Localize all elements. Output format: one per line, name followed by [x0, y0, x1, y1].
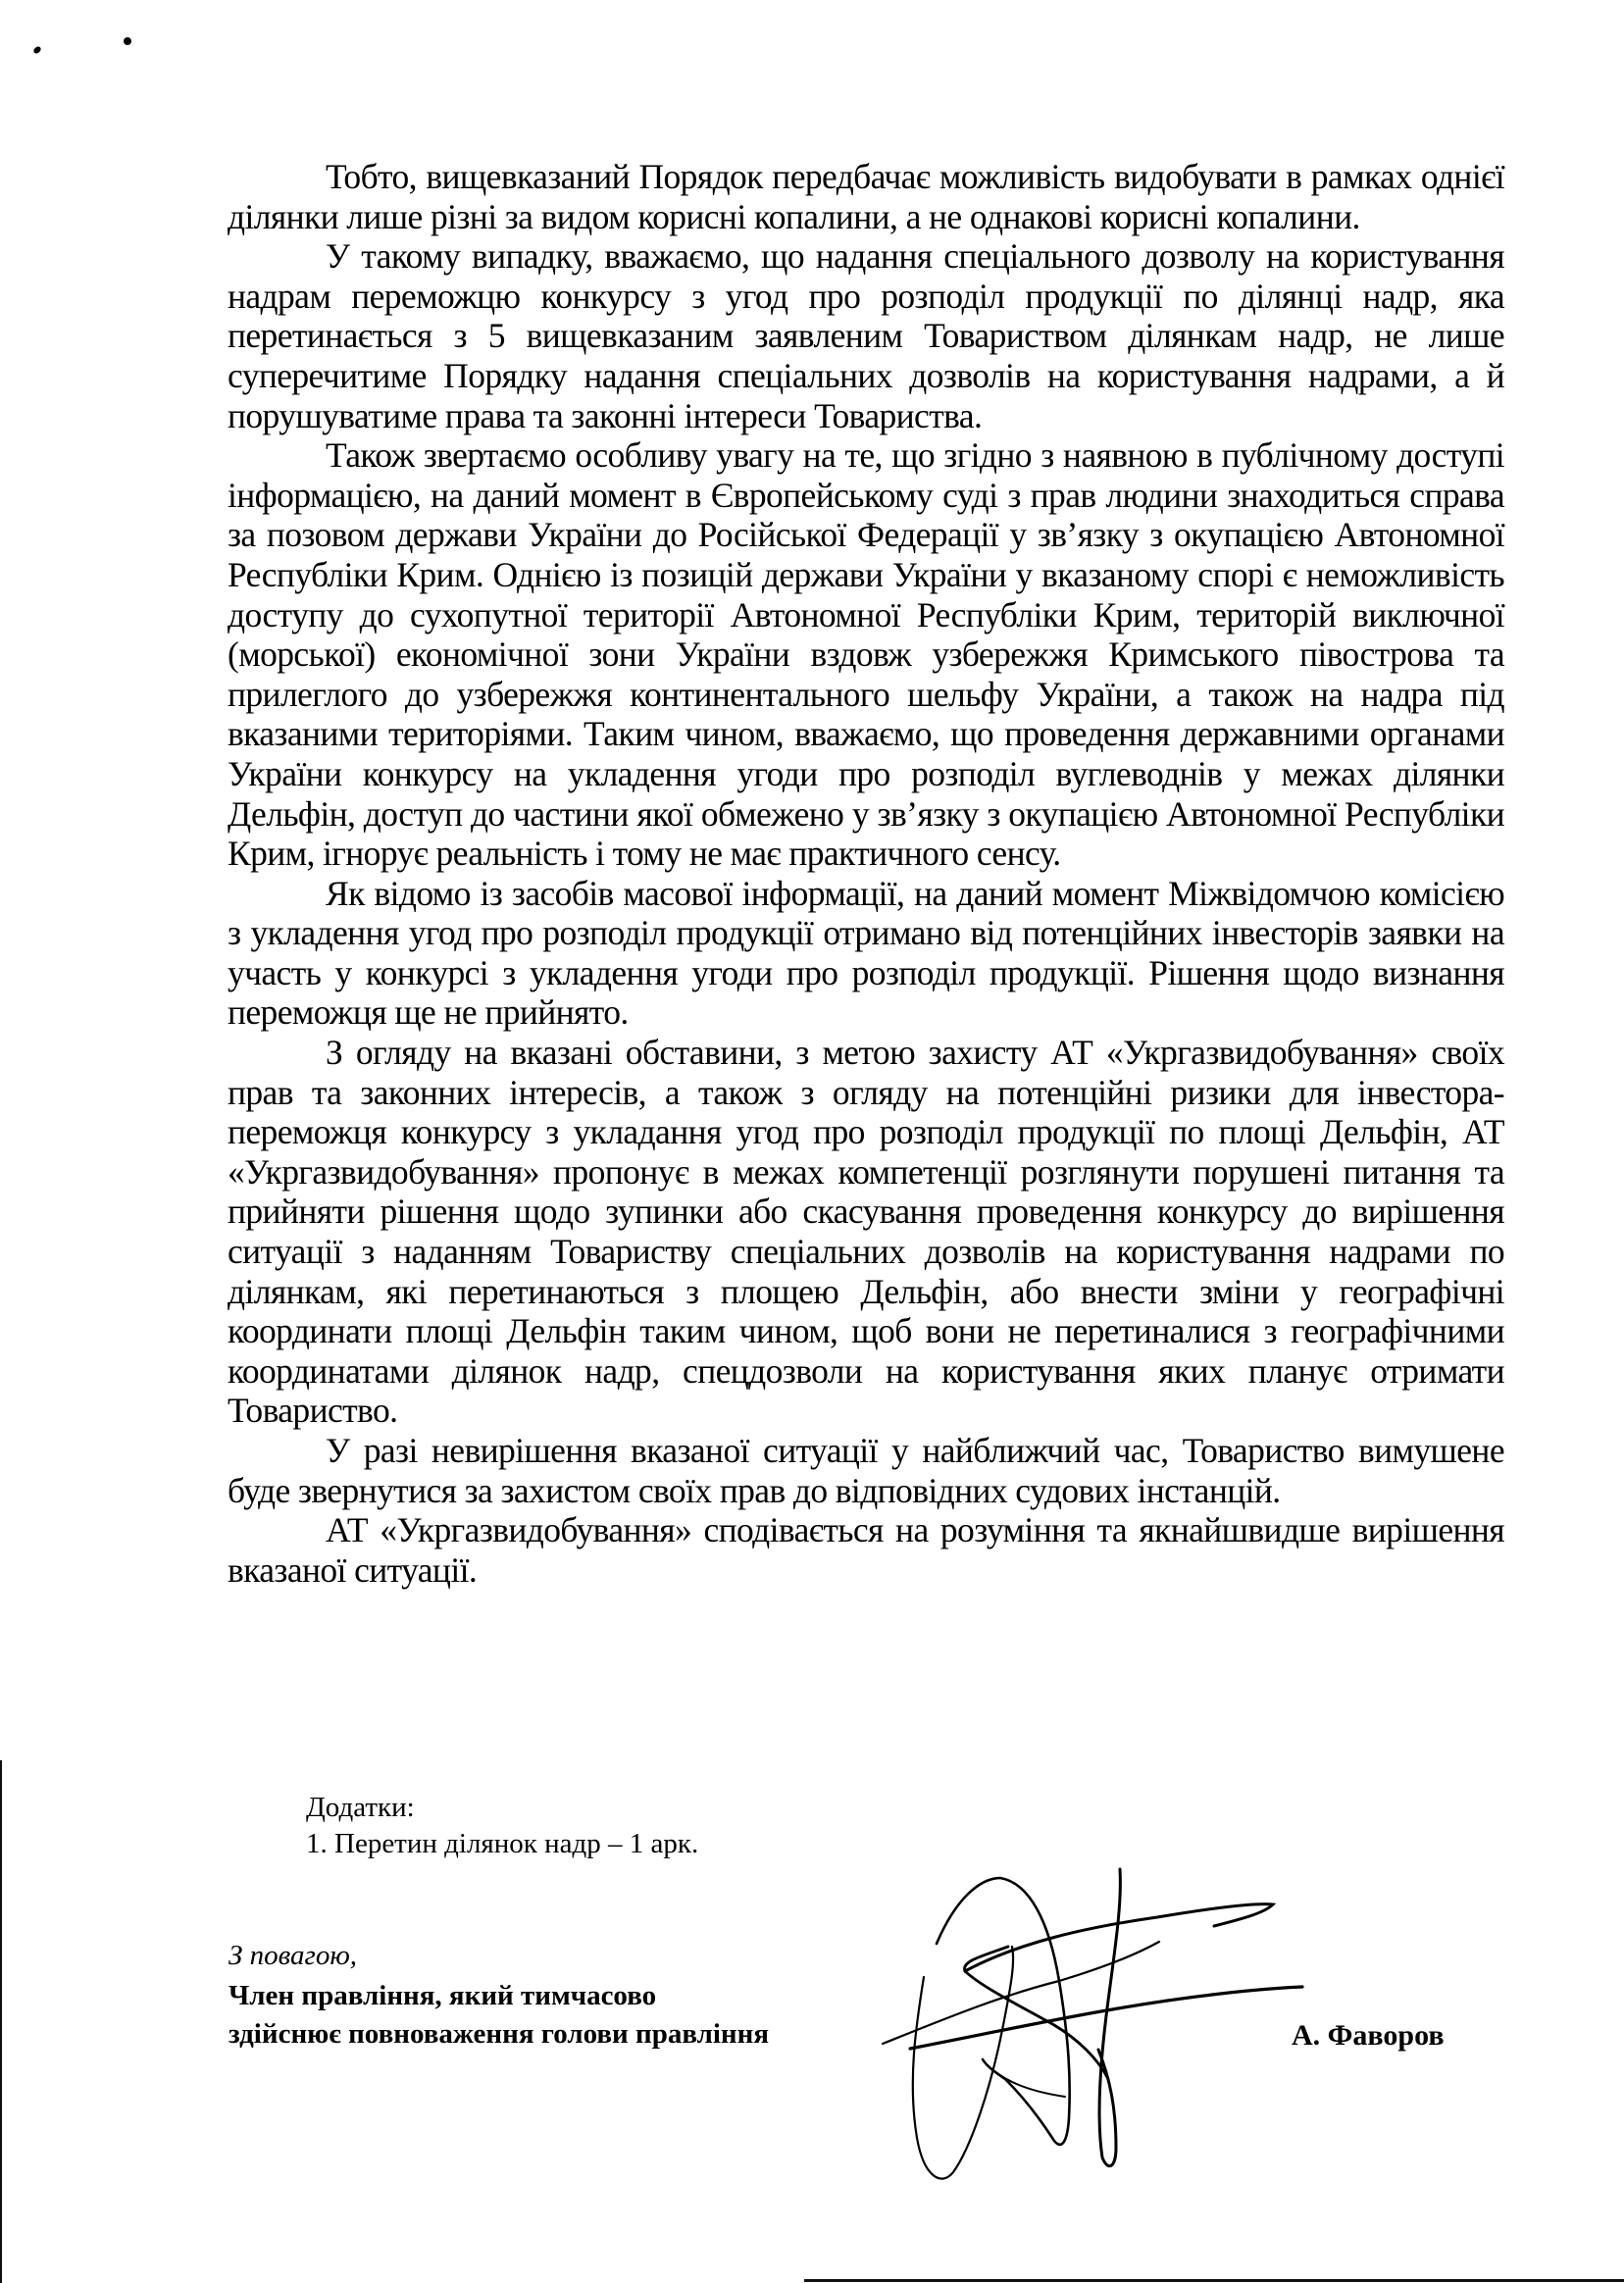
paragraph-permit-conflict: У такому випадку, вважаємо, що надання с… [228, 236, 1504, 435]
attachment-item: 1. Перетин ділянок надр – 1 арк. [306, 1826, 698, 1862]
signer-position-line2: здійснює повноваження голови правління [228, 2015, 769, 2054]
paragraph-legal-action: У разі невирішення вказаної ситуації у н… [228, 1431, 1504, 1510]
paragraph-minerals: Тобто, вищевказаний Порядок передбачає м… [228, 157, 1504, 236]
closing-block: З повагою, Член правління, який тимчасов… [228, 1937, 769, 2054]
closing-regards: З повагою, [228, 1937, 769, 1975]
scan-speck-mark [124, 37, 131, 45]
attachments-title: Додатки: [306, 1790, 698, 1826]
letter-body: Тобто, вищевказаний Порядок передбачає м… [228, 157, 1504, 1590]
paragraph-competition-status: Як відомо із засобів масової інформації,… [228, 874, 1504, 1033]
handwritten-signature-icon [863, 1785, 1412, 2197]
scan-speck-mark [32, 45, 42, 55]
paragraph-proposal: З огляду на вказані обставини, з метою з… [228, 1033, 1504, 1431]
signer-position-line1: Член правління, який тимчасово [228, 1977, 769, 2015]
paragraph-echr-case: Також звертаємо особливу увагу на те, що… [228, 435, 1504, 874]
scan-edge-left [0, 1760, 2, 2283]
scan-edge-bottom [804, 2279, 1624, 2282]
attachments-section: Додатки: 1. Перетин ділянок надр – 1 арк… [306, 1790, 698, 1862]
paragraph-hope: АТ «Укргазвидобування» сподівається на р… [228, 1510, 1504, 1590]
